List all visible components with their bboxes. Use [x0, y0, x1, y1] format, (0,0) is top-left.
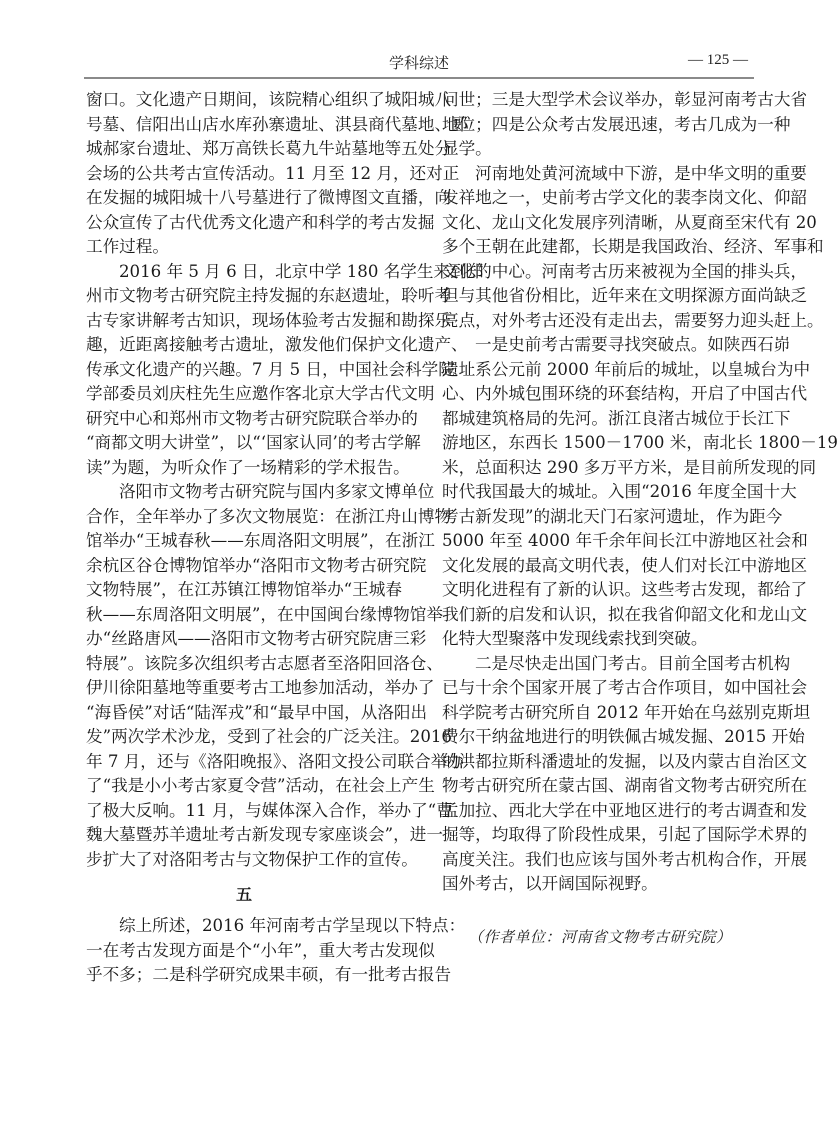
- text-line: 办“丝路唐风——洛阳市文物考古研究院唐三彩: [86, 627, 402, 652]
- text-line: 年 7 月，还与《洛阳晚报》、洛阳文投公司联合举办: [86, 750, 402, 775]
- text-line: 2016 年 5 月 6 日，北京中学 180 名学生来到郑: [86, 260, 402, 285]
- text-line: 研究中心和郑州市文物考古研究院联合举办的: [86, 407, 402, 432]
- text-line: 洛阳市文物考古研究院与国内多家文博单位: [86, 480, 402, 505]
- text-line: 趣，近距离接触考古遗址，激发他们保护文化遗产、: [86, 333, 402, 358]
- author-affiliation: （作者单位：河南省文物考古研究院）: [442, 925, 755, 950]
- text-line: 传承文化遗产的兴趣。7 月 5 日，中国社会科学院: [86, 358, 402, 383]
- text-line: 发”两次学术沙龙，受到了社会的广泛关注。2016: [86, 725, 402, 750]
- text-line: 文化的中心。河南考古历来被视为全国的排头兵，: [442, 260, 755, 285]
- text-line: 在发掘的城阳城十八号墓进行了微博图文直播，向: [86, 186, 402, 211]
- paragraph: 一是史前考古需要寻找突破点。如陕西石峁 遗址系公元前 2000 年前后的城址，以…: [442, 333, 755, 652]
- text-line: 二是尽快走出国门考古。目前全国考古机构: [442, 652, 755, 677]
- text-line: 高度关注。我们也应该与国外考古机构合作，开展: [442, 848, 755, 873]
- text-line: 号墓、信阳出山店水库孙寨遗址、淇县商代墓地、郾: [86, 113, 402, 138]
- text-line: 余杭区谷仓博物馆举办“洛阳市文物考古研究院: [86, 554, 402, 579]
- text-line: 化特大型聚落中发现线索找到突破。: [442, 627, 755, 652]
- text-line: 文化发展的最高文明代表，使人们对长江中游地区: [442, 554, 755, 579]
- text-line: 步扩大了对洛阳考古与文物保护工作的宣传。: [86, 848, 402, 873]
- text-line: 考古新发现”的湖北天门石家河遗址，作为距今: [442, 505, 755, 530]
- text-line: 亮点，对外考古还没有走出去，需要努力迎头赶上。: [442, 309, 755, 334]
- text-line: 了极大反响。11 月，与媒体深入合作，举办了“曹: [86, 799, 402, 824]
- text-line: 合作，全年举办了多次文物展览：在浙江舟山博物: [86, 505, 402, 530]
- text-line: 发祥地之一，史前考古学文化的裴李岗文化、仰韶: [442, 186, 755, 211]
- text-line: 魏大墓暨苏羊遗址考古新发现专家座谈会”，进一: [86, 823, 402, 848]
- paragraph: 洛阳市文物考古研究院与国内多家文博单位 合作，全年举办了多次文物展览：在浙江舟山…: [86, 480, 402, 872]
- spacer: [442, 897, 755, 925]
- text-line: 遗址系公元前 2000 年前后的城址，以皇城台为中: [442, 358, 755, 383]
- text-line: 问世；三是大型学术会议举办，彰显河南考古大省: [442, 88, 755, 113]
- page-number: — 125 —: [688, 52, 748, 69]
- running-title: 学科综述: [84, 52, 754, 73]
- text-line: 游地区，东西长 1500－1700 米，南北长 1800－1900: [442, 431, 755, 456]
- text-line: 工作过程。: [86, 235, 402, 260]
- section-heading: 五: [236, 877, 252, 912]
- paragraph: 窗口。文化遗产日期间，该院精心组织了城阳城八 号墓、信阳出山店水库孙寨遗址、淇县…: [86, 88, 402, 260]
- text-line: 我们新的启发和认识，拟在我省仰韶文化和龙山文: [442, 603, 755, 628]
- paragraph: 河南地处黄河流域中下游，是中华文明的重要 发祥地之一，史前考古学文化的裴李岗文化…: [442, 162, 755, 334]
- paragraph: 二是尽快走出国门考古。目前全国考古机构 已与十余个国家开展了考古合作项目，如中国…: [442, 652, 755, 897]
- text-line: 5000 年至 4000 年千余年间长江中游地区社会和: [442, 529, 755, 554]
- text-line: 窗口。文化遗产日期间，该院精心组织了城阳城八: [86, 88, 402, 113]
- section-heading-container: 五: [86, 874, 402, 914]
- text-line: 会场的公共考古宣传活动。11 月至 12 月，还对正: [86, 162, 402, 187]
- text-line: 州市文物考古研究院主持发掘的东赵遗址，聆听考: [86, 284, 402, 309]
- text-line: 掘等，均取得了阶段性成果，引起了国际学术界的: [442, 823, 755, 848]
- text-line: 但与其他省份相比，近年来在文明探源方面尚缺乏: [442, 284, 755, 309]
- text-line: 公众宣传了古代优秀文化遗产和科学的考古发掘: [86, 211, 402, 236]
- text-line: 综上所述，2016 年河南考古学呈现以下特点：: [86, 914, 402, 939]
- text-line: 乎不多；二是科学研究成果丰硕，有一批考古报告: [86, 963, 402, 988]
- paragraph: 2016 年 5 月 6 日，北京中学 180 名学生来到郑 州市文物考古研究院…: [86, 260, 402, 481]
- text-line: 孟加拉、西北大学在中亚地区进行的考古调查和发: [442, 799, 755, 824]
- text-line: 馆举办“王城春秋——东周洛阳文明展”，在浙江: [86, 529, 402, 554]
- text-line: 文明化进程有了新的认识。这些考古发现，都给了: [442, 578, 755, 603]
- text-line: 一在考古发现方面是个“小年”，重大考古发现似: [86, 939, 402, 964]
- text-line: 米，总面积达 290 多万平方米，是目前所发现的同: [442, 456, 755, 481]
- text-line: 的洪都拉斯科潘遗址的发掘，以及内蒙古自治区文: [442, 750, 755, 775]
- text-line: 多个王朝在此建都，长期是我国政治、经济、军事和: [442, 235, 755, 260]
- text-line: 都城建筑格局的先河。浙江良渚古城位于长江下: [442, 407, 755, 432]
- paragraph: 问世；三是大型学术会议举办，彰显河南考古大省 地位；四是公众考古发展迅速，考古几…: [442, 88, 755, 162]
- text-line: 河南地处黄河流域中下游，是中华文明的重要: [442, 162, 755, 187]
- text-line: “海昏侯”对话“陆浑戎”和“最早中国，从洛阳出: [86, 701, 402, 726]
- text-line: 学部委员刘庆柱先生应邀作客北京大学古代文明: [86, 382, 402, 407]
- text-line: 已与十余个国家开展了考古合作项目，如中国社会: [442, 676, 755, 701]
- text-line: 科学院考古研究所自 2012 年开始在乌兹别克斯坦: [442, 701, 755, 726]
- text-line: “商都文明大讲堂”，以“‘国家认同’的考古学解: [86, 431, 402, 456]
- text-line: 了“我是小小考古家夏令营”活动，在社会上产生: [86, 774, 402, 799]
- text-line: 读”为题，为听众作了一场精彩的学术报告。: [86, 456, 402, 481]
- page-header: 学科综述 — 125 —: [84, 50, 754, 78]
- text-line: 费尔干纳盆地进行的明铁佩古城发掘、2015 开始: [442, 725, 755, 750]
- text-line: 秋——东周洛阳文明展”，在中国闽台缘博物馆举: [86, 603, 402, 628]
- header-rule: [84, 77, 754, 79]
- text-line: 心、内外城包围环绕的环套结构，开启了中国古代: [442, 382, 755, 407]
- text-line: 物考古研究所在蒙古国、湖南省文物考古研究所在: [442, 774, 755, 799]
- text-line: 城郝家台遗址、郑万高铁长葛九牛站墓地等五处分: [86, 137, 402, 162]
- text-line: 时代我国最大的城址。入围“2016 年度全国十大: [442, 480, 755, 505]
- text-line: 国外考古，以开阔国际视野。: [442, 872, 755, 897]
- left-column: 窗口。文化遗产日期间，该院精心组织了城阳城八 号墓、信阳出山店水库孙寨遗址、淇县…: [86, 88, 402, 988]
- right-column: 问世；三是大型学术会议举办，彰显河南考古大省 地位；四是公众考古发展迅速，考古几…: [442, 88, 755, 949]
- text-line: 一是史前考古需要寻找突破点。如陕西石峁: [442, 333, 755, 358]
- paragraph: 综上所述，2016 年河南考古学呈现以下特点： 一在考古发现方面是个“小年”，重…: [86, 914, 402, 988]
- text-line: 特展”。该院多次组织考古志愿者至洛阳回洛仓、: [86, 652, 402, 677]
- text-line: 古专家讲解考古知识，现场体验考古发掘和勘探乐: [86, 309, 402, 334]
- text-line: 文化、龙山文化发展序列清晰，从夏商至宋代有 20: [442, 211, 755, 236]
- text-line: 伊川徐阳墓地等重要考古工地参加活动，举办了: [86, 676, 402, 701]
- text-line: 文物特展”，在江苏镇江博物馆举办“王城春: [86, 578, 402, 603]
- text-line: 显学。: [442, 137, 755, 162]
- text-line: 地位；四是公众考古发展迅速，考古几成为一种: [442, 113, 755, 138]
